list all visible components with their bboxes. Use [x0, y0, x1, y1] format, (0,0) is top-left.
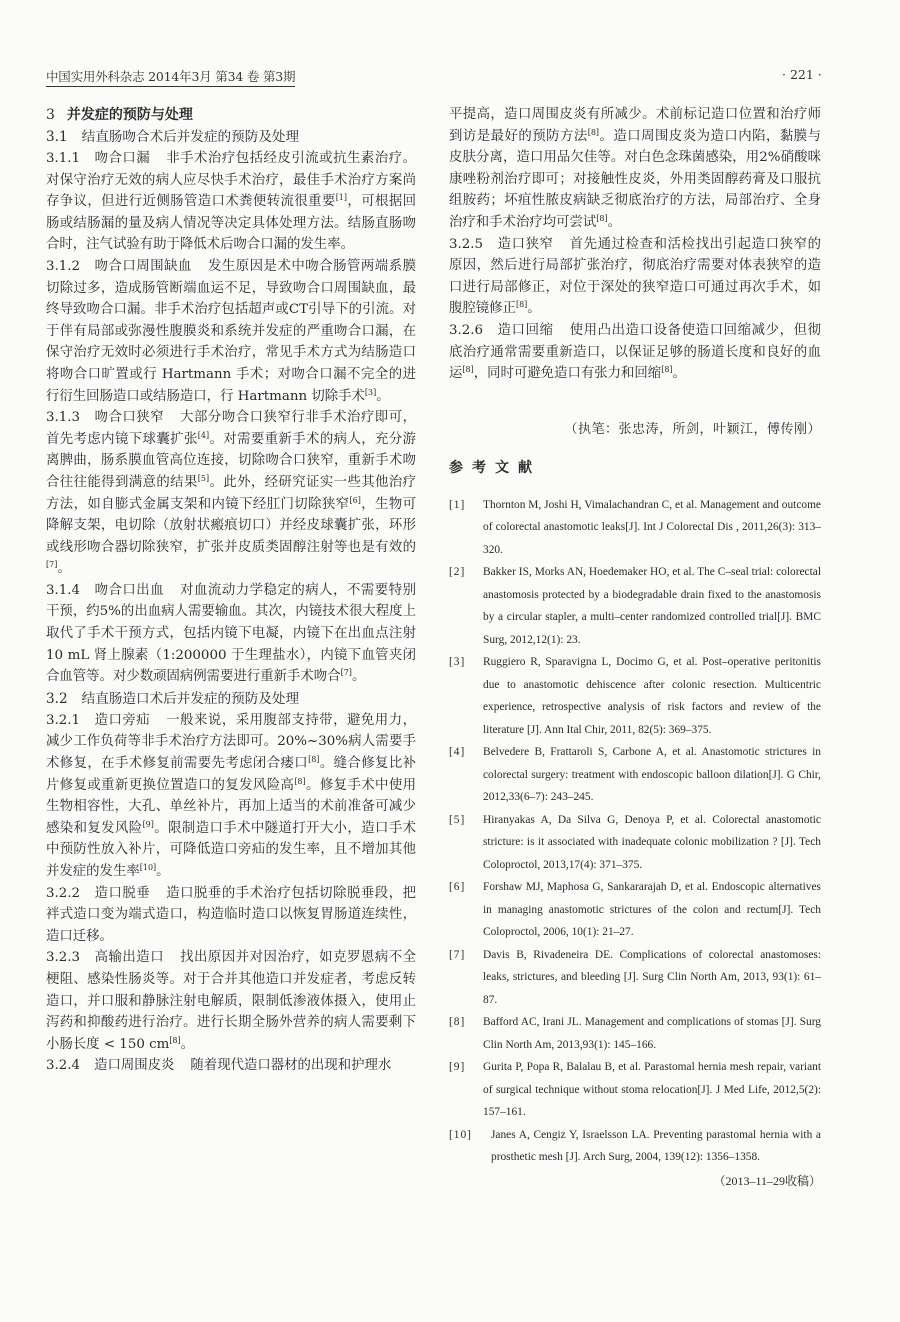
- citation[interactable]: [8]: [596, 214, 607, 223]
- section-3-2-heading: 3.2结直肠造口术后并发症的预防及处理: [46, 688, 416, 710]
- author-credits: （执笔：张忠涛，所剑，叶颖江，傅传刚）: [449, 419, 821, 441]
- citation[interactable]: [5]: [198, 474, 209, 483]
- section-number: 3.1: [46, 129, 68, 145]
- subsection-number: 3.2.5: [449, 237, 483, 252]
- subsection-number: 3.1.4: [46, 583, 80, 598]
- reference-item: [4]Belvedere B, Frattaroli S, Carbone A,…: [449, 741, 821, 809]
- subsection-title: 造口脱垂: [94, 886, 150, 901]
- section-number: 3.2: [46, 691, 68, 707]
- citation[interactable]: [8]: [516, 300, 527, 309]
- reference-item: [9]Gurita P, Popa R, Balalau B, et al. P…: [449, 1056, 821, 1124]
- body-text: 。: [156, 864, 169, 879]
- body-text: 。: [673, 366, 686, 381]
- paragraph-3-1-1: 3.1.1吻合口漏非手术治疗包括经皮引流或抗生素治疗。对保守治疗无效的病人应尽快…: [46, 148, 416, 256]
- citation[interactable]: [8]: [661, 365, 672, 374]
- reference-item: [7]Davis B, Rivadeneira DE. Complication…: [449, 944, 821, 1012]
- citation[interactable]: [6]: [349, 496, 360, 505]
- subsection-title: 吻合口周围缺血: [94, 259, 192, 274]
- section-3-heading: 3并发症的预防与处理: [46, 104, 416, 126]
- reference-text: Bakker IS, Morks AN, Hoedemaker HO, et a…: [483, 561, 821, 651]
- right-column: 平提高，造口周围皮炎有所减少。术前标记造口位置和治疗师到访是最好的预防方法[8]…: [449, 104, 821, 1193]
- received-date: （2013–11–29收稿）: [449, 1171, 821, 1193]
- subsection-title: 吻合口漏: [94, 151, 150, 166]
- reference-text: Bafford AC, Irani JL. Management and com…: [483, 1011, 821, 1056]
- paragraph-3-1-2: 3.1.2吻合口周围缺血发生原因是术中吻合肠管两端系膜切除过多，造成肠管断端血运…: [46, 256, 416, 407]
- citation[interactable]: [9]: [143, 820, 154, 829]
- citation[interactable]: [8]: [308, 755, 319, 764]
- reference-text: Forshaw MJ, Maphosa G, Sankararajah D, e…: [483, 876, 821, 944]
- reference-text: Belvedere B, Frattaroli S, Carbone A, et…: [483, 741, 821, 809]
- reference-number: [3]: [449, 651, 483, 741]
- reference-text: Thornton M, Joshi H, Vimalachandran C, e…: [483, 494, 821, 562]
- body-text: 。: [352, 669, 365, 684]
- reference-number: [9]: [449, 1056, 483, 1124]
- citation[interactable]: [4]: [198, 431, 209, 440]
- page-number: · 221 ·: [782, 67, 822, 82]
- citation[interactable]: [8]: [462, 365, 473, 374]
- subsection-number: 3.1.1: [46, 151, 80, 166]
- reference-number: [6]: [449, 876, 483, 944]
- paragraph-3-1-4: 3.1.4吻合口出血对血流动力学稳定的病人，不需要特别干预，约5%的出血病人需要…: [46, 580, 416, 688]
- subsection-number: 3.1.3: [46, 410, 80, 425]
- paragraph-3-2-3: 3.2.3高输出造口找出原因并对因治疗，如克罗恩病不全梗阻、感染性肠炎等。对于合…: [46, 947, 416, 1055]
- reference-number: [4]: [449, 741, 483, 809]
- subsection-number: 3.2.4: [46, 1058, 80, 1073]
- reference-number: [7]: [449, 944, 483, 1012]
- section-title: 结直肠造口术后并发症的预防及处理: [82, 691, 300, 707]
- subsection-title: 高输出造口: [94, 950, 164, 965]
- reference-item: [2]Bakker IS, Morks AN, Hoedemaker HO, e…: [449, 561, 821, 651]
- reference-text: Davis B, Rivadeneira DE. Complications o…: [483, 944, 821, 1012]
- citation[interactable]: [8]: [588, 128, 599, 137]
- subsection-number: 3.2.1: [46, 713, 80, 728]
- subsection-title: 吻合口出血: [94, 583, 164, 598]
- citation[interactable]: [7]: [46, 560, 57, 569]
- paragraph-3-2-2: 3.2.2造口脱垂造口脱垂的手术治疗包括切除脱垂段，把袢式造口变为端式造口，构造…: [46, 883, 416, 948]
- reference-item: [3]Ruggiero R, Sparavigna L, Docimo G, e…: [449, 651, 821, 741]
- reference-item: [8]Bafford AC, Irani JL. Management and …: [449, 1011, 821, 1056]
- reference-item: [1]Thornton M, Joshi H, Vimalachandran C…: [449, 494, 821, 562]
- body-text: 。: [57, 561, 70, 576]
- section-3-1-heading: 3.1结直肠吻合术后并发症的预防及处理: [46, 126, 416, 148]
- reference-text: Gurita P, Popa R, Balalau B, et al. Para…: [483, 1056, 821, 1124]
- body-text: 发生原因是术中吻合肠管两端系膜切除过多，造成肠管断端血运不足，导致吻合口周围缺血…: [46, 259, 416, 404]
- citation[interactable]: [1]: [336, 193, 347, 202]
- paragraph-3-2-1: 3.2.1造口旁疝一般来说，采用腹部支持带，避免用力，减少工作负荷等非手术治疗方…: [46, 710, 416, 883]
- left-column: 3并发症的预防与处理 3.1结直肠吻合术后并发症的预防及处理 3.1.1吻合口漏…: [46, 104, 416, 1077]
- body-text: 。: [376, 389, 389, 404]
- journal-header: 中国实用外科杂志 2014年3月 第34 卷 第3期: [46, 67, 295, 87]
- reference-number: [8]: [449, 1011, 483, 1056]
- body-text: ，同时可避免造口有张力和回缩: [474, 366, 661, 381]
- reference-text: Ruggiero R, Sparavigna L, Docimo G, et a…: [483, 651, 821, 741]
- subsection-title: 造口周围皮炎: [94, 1058, 174, 1073]
- section-number: 3: [46, 107, 55, 123]
- paragraph-3-2-4-continued: 平提高，造口周围皮炎有所减少。术前标记造口位置和治疗师到访是最好的预防方法[8]…: [449, 104, 821, 234]
- body-text: 。: [608, 215, 621, 230]
- reference-item: [6]Forshaw MJ, Maphosa G, Sankararajah D…: [449, 876, 821, 944]
- reference-number: [1]: [449, 494, 483, 562]
- reference-text: Janes A, Cengiz Y, Israelsson LA. Preven…: [491, 1124, 821, 1169]
- subsection-number: 3.2.6: [449, 323, 483, 338]
- body-text: 找出原因并对因治疗，如克罗恩病不全梗阻、感染性肠炎等。对于合并其他造口并发症者，…: [46, 950, 416, 1051]
- body-text: 。: [527, 301, 540, 316]
- subsection-title: 造口旁疝: [94, 713, 150, 728]
- body-text: 。: [181, 1037, 194, 1052]
- reference-item: [5]Hiranyakas A, Da Silva G, Denoya P, e…: [449, 809, 821, 877]
- reference-text: Hiranyakas A, Da Silva G, Denoya P, et a…: [483, 809, 821, 877]
- subsection-title: 造口狭窄: [497, 237, 554, 252]
- subsection-title: 造口回缩: [497, 323, 554, 338]
- section-title: 结直肠吻合术后并发症的预防及处理: [82, 129, 300, 145]
- reference-item: [10]Janes A, Cengiz Y, Israelsson LA. Pr…: [449, 1124, 821, 1169]
- reference-list: [1]Thornton M, Joshi H, Vimalachandran C…: [449, 494, 821, 1169]
- paragraph-3-2-6: 3.2.6造口回缩使用凸出造口设备使造口回缩减少，但彻底治疗通常需要重新造口，以…: [449, 320, 821, 385]
- citation[interactable]: [3]: [365, 388, 376, 397]
- reference-number: [10]: [449, 1124, 491, 1169]
- subsection-number: 3.2.2: [46, 886, 80, 901]
- citation[interactable]: [8]: [294, 777, 305, 786]
- paragraph-3-2-4: 3.2.4造口周围皮炎随着现代造口器材的出现和护理水: [46, 1055, 416, 1077]
- reference-number: [5]: [449, 809, 483, 877]
- citation[interactable]: [7]: [341, 668, 352, 677]
- citation[interactable]: [8]: [169, 1036, 180, 1045]
- references-heading: 参考文献: [449, 458, 821, 480]
- body-text: 随着现代造口器材的出现和护理水: [190, 1058, 391, 1073]
- citation[interactable]: [10]: [140, 863, 156, 872]
- subsection-number: 3.1.2: [46, 259, 80, 274]
- paragraph-3-1-3: 3.1.3吻合口狭窄大部分吻合口狭窄行非手术治疗即可，首先考虑内镜下球囊扩张[4…: [46, 407, 416, 580]
- reference-number: [2]: [449, 561, 483, 651]
- subsection-number: 3.2.3: [46, 950, 80, 965]
- section-title: 并发症的预防与处理: [67, 107, 193, 123]
- subsection-title: 吻合口狭窄: [94, 410, 164, 425]
- paragraph-3-2-5: 3.2.5造口狭窄首先通过检查和活检找出引起造口狭窄的原因，然后进行局部扩张治疗…: [449, 234, 821, 320]
